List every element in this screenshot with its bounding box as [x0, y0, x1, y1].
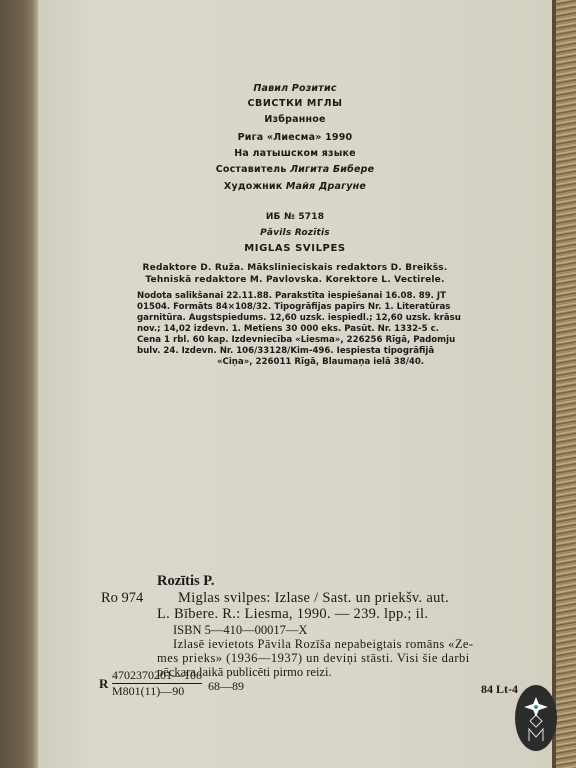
bbk-index: 84 Lt-4 — [481, 682, 518, 697]
ru-compiler: Составитель Лигита Биберe — [38, 164, 552, 175]
imprint-line: Cena 1 rbl. 60 kap. Izdevniecība «Liesma… — [137, 335, 467, 346]
annotation-line: mes prieks» (1936—1937) un deviņi stāsti… — [157, 651, 473, 665]
ru-publisher: Рига «Лиесма» 1990 — [38, 132, 552, 143]
ru-subtitle: Избранное — [38, 114, 552, 125]
lv-author: Pāvils Rozītis — [38, 228, 552, 238]
imprint-line: «Ciņa», 226011 Rīgā, Blaumaņa ielā 38/40… — [137, 357, 467, 368]
code-suffix: 68—89 — [208, 679, 244, 694]
ru-artist-name: Майя Драгуне — [286, 181, 366, 192]
editors-line-1: Redaktore D. Ruža. Mākslinieciskais reda… — [38, 263, 552, 273]
code-prefix: R — [99, 676, 108, 692]
ru-title: СВИСТКИ МГЛЫ — [38, 98, 552, 109]
book-spine-binding — [556, 0, 576, 768]
ru-author: Павил Розитис — [38, 83, 552, 94]
annotation-line: Izlasē ievietots Pāvila Rozīša nepabeigt… — [157, 637, 473, 651]
imprint-block: Nodota salikšanai 22.11.88. Parakstīta i… — [137, 291, 467, 368]
annotation-line: pēckara laikā publicēti pirmo reizi. — [157, 665, 473, 679]
ru-compiler-name: Лигита Биберe — [290, 164, 374, 175]
card-annotation: Izlasē ievietots Pāvila Rozīša nepabeigt… — [157, 637, 473, 679]
ru-artist: Художник Майя Драгуне — [38, 181, 552, 192]
card-isbn: ISBN 5—410—00017—X — [173, 623, 307, 637]
imprint-line: bulv. 24. Izdevn. Nr. 106/33128/Kim-496.… — [137, 346, 467, 357]
book-left-edge — [0, 0, 38, 768]
card-heading: Rozītis P. — [157, 573, 214, 589]
editors-line-2: Tehniskā redaktore M. Pavlovska. Korekto… — [38, 275, 552, 285]
code-numerator: 4702370201—106 — [112, 668, 202, 684]
imprint-line: Nodota salikšanai 22.11.88. Parakstīta i… — [137, 291, 467, 302]
diamond-logo-icon — [515, 685, 557, 751]
imprint-line: 01504. Formāts 84×108/32. Tipogrāfijas p… — [137, 302, 467, 313]
code-denominator: M801(11)—90 — [112, 684, 202, 699]
card-line-1: Miglas svilpes: Izlase / Sast. un priekš… — [178, 590, 449, 606]
imprint-line: garnitūra. Augstspiedums. 12,60 uzsk. ie… — [137, 313, 467, 324]
imprint-line: nov.; 14,02 izdevn. 1. Metiens 30 000 ek… — [137, 324, 467, 335]
ru-compiler-label: Составитель — [216, 164, 287, 175]
card-call-number: Ro 974 — [101, 590, 143, 606]
watermark-badge — [515, 685, 557, 751]
lv-title: MIGLAS SVILPES — [38, 243, 552, 254]
ib-number: ИБ № 5718 — [38, 212, 552, 222]
ru-language: На латышском языке — [38, 148, 552, 159]
card-line-2: L. Bībere. R.: Liesma, 1990. — 239. lpp.… — [157, 606, 428, 622]
ru-artist-label: Художник — [224, 181, 282, 192]
code-fraction: 4702370201—106 M801(11)—90 — [112, 668, 202, 699]
